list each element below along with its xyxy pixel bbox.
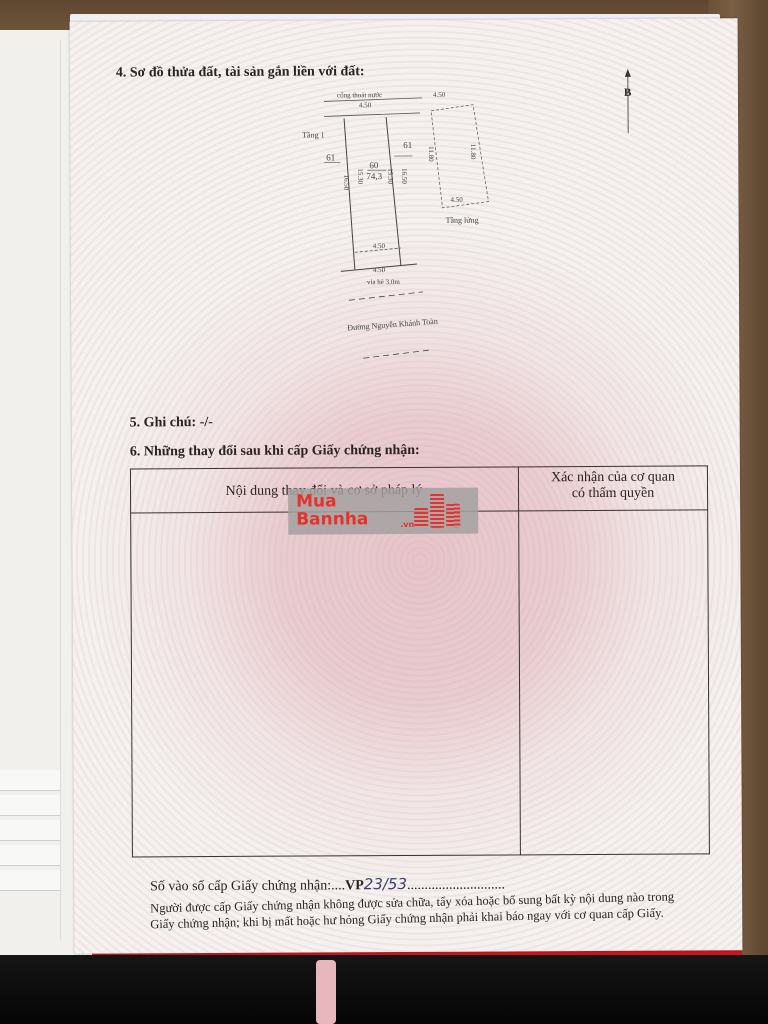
north-label: B (624, 87, 631, 99)
floor1-label: Tầng 1 (302, 130, 324, 139)
land-certificate-page: 4. Sơ đồ thửa đất, tài sản gắn liền với … (70, 18, 743, 953)
col-header-confirmation-line1: Xác nhận của cơ quan (518, 469, 708, 486)
parcel-area: 74,3 (366, 171, 382, 181)
parcel-number: 60 (369, 160, 378, 170)
left-side-outer: 16.50 (342, 174, 350, 190)
mezz-right-side: 11.80 (469, 144, 477, 160)
registry-label: Số vào sổ cấp Giấy chứng nhận:.... (150, 878, 345, 894)
drain-label: cống thoát nước (337, 91, 382, 99)
neighbor-left: 61 (326, 152, 335, 162)
mezz-bottom-width: 4.50 (450, 196, 462, 204)
col-header-confirmation-line2: có thẩm quyền (518, 485, 708, 502)
muabannha-watermark: Mua Bannha .vn (288, 488, 478, 535)
watermark-suffix: .vn (400, 520, 414, 529)
mezzanine-label: Tầng lửng (446, 216, 479, 225)
bottom-width-inner: 4.50 (373, 242, 385, 250)
building-icon (414, 508, 428, 528)
registry-handwritten-number: 23/53 (364, 875, 407, 893)
watermark-line1: Mua (296, 493, 337, 510)
right-side-inner: 15.30 (386, 168, 394, 184)
neighbor-right: 61 (403, 140, 412, 150)
building-icon (446, 504, 460, 528)
mezz-top-width: 4.50 (433, 91, 445, 99)
sidewalk-label: vỉa hè 3.0m (367, 278, 400, 286)
registry-number-line: Số vào sổ cấp Giấy chứng nhận:....VP23/5… (150, 874, 505, 895)
right-side-outer: 16.50 (400, 168, 408, 184)
building-icon (430, 494, 444, 528)
registry-prefix: VP (345, 878, 364, 893)
top-width: 4.50 (359, 101, 371, 109)
section5-title: 5. Ghi chú: -/- (130, 415, 213, 431)
pink-ribbon (316, 960, 336, 1024)
parcel-sketch (70, 18, 740, 421)
watermark-line2: Bannha (296, 511, 368, 528)
dark-foreground (0, 955, 768, 1024)
registry-dots: ............................ (407, 877, 505, 893)
left-side-inner: 15.30 (356, 168, 364, 184)
bottom-width-outer: 4.50 (373, 266, 385, 274)
mezz-left-side: 11.80 (427, 146, 435, 162)
